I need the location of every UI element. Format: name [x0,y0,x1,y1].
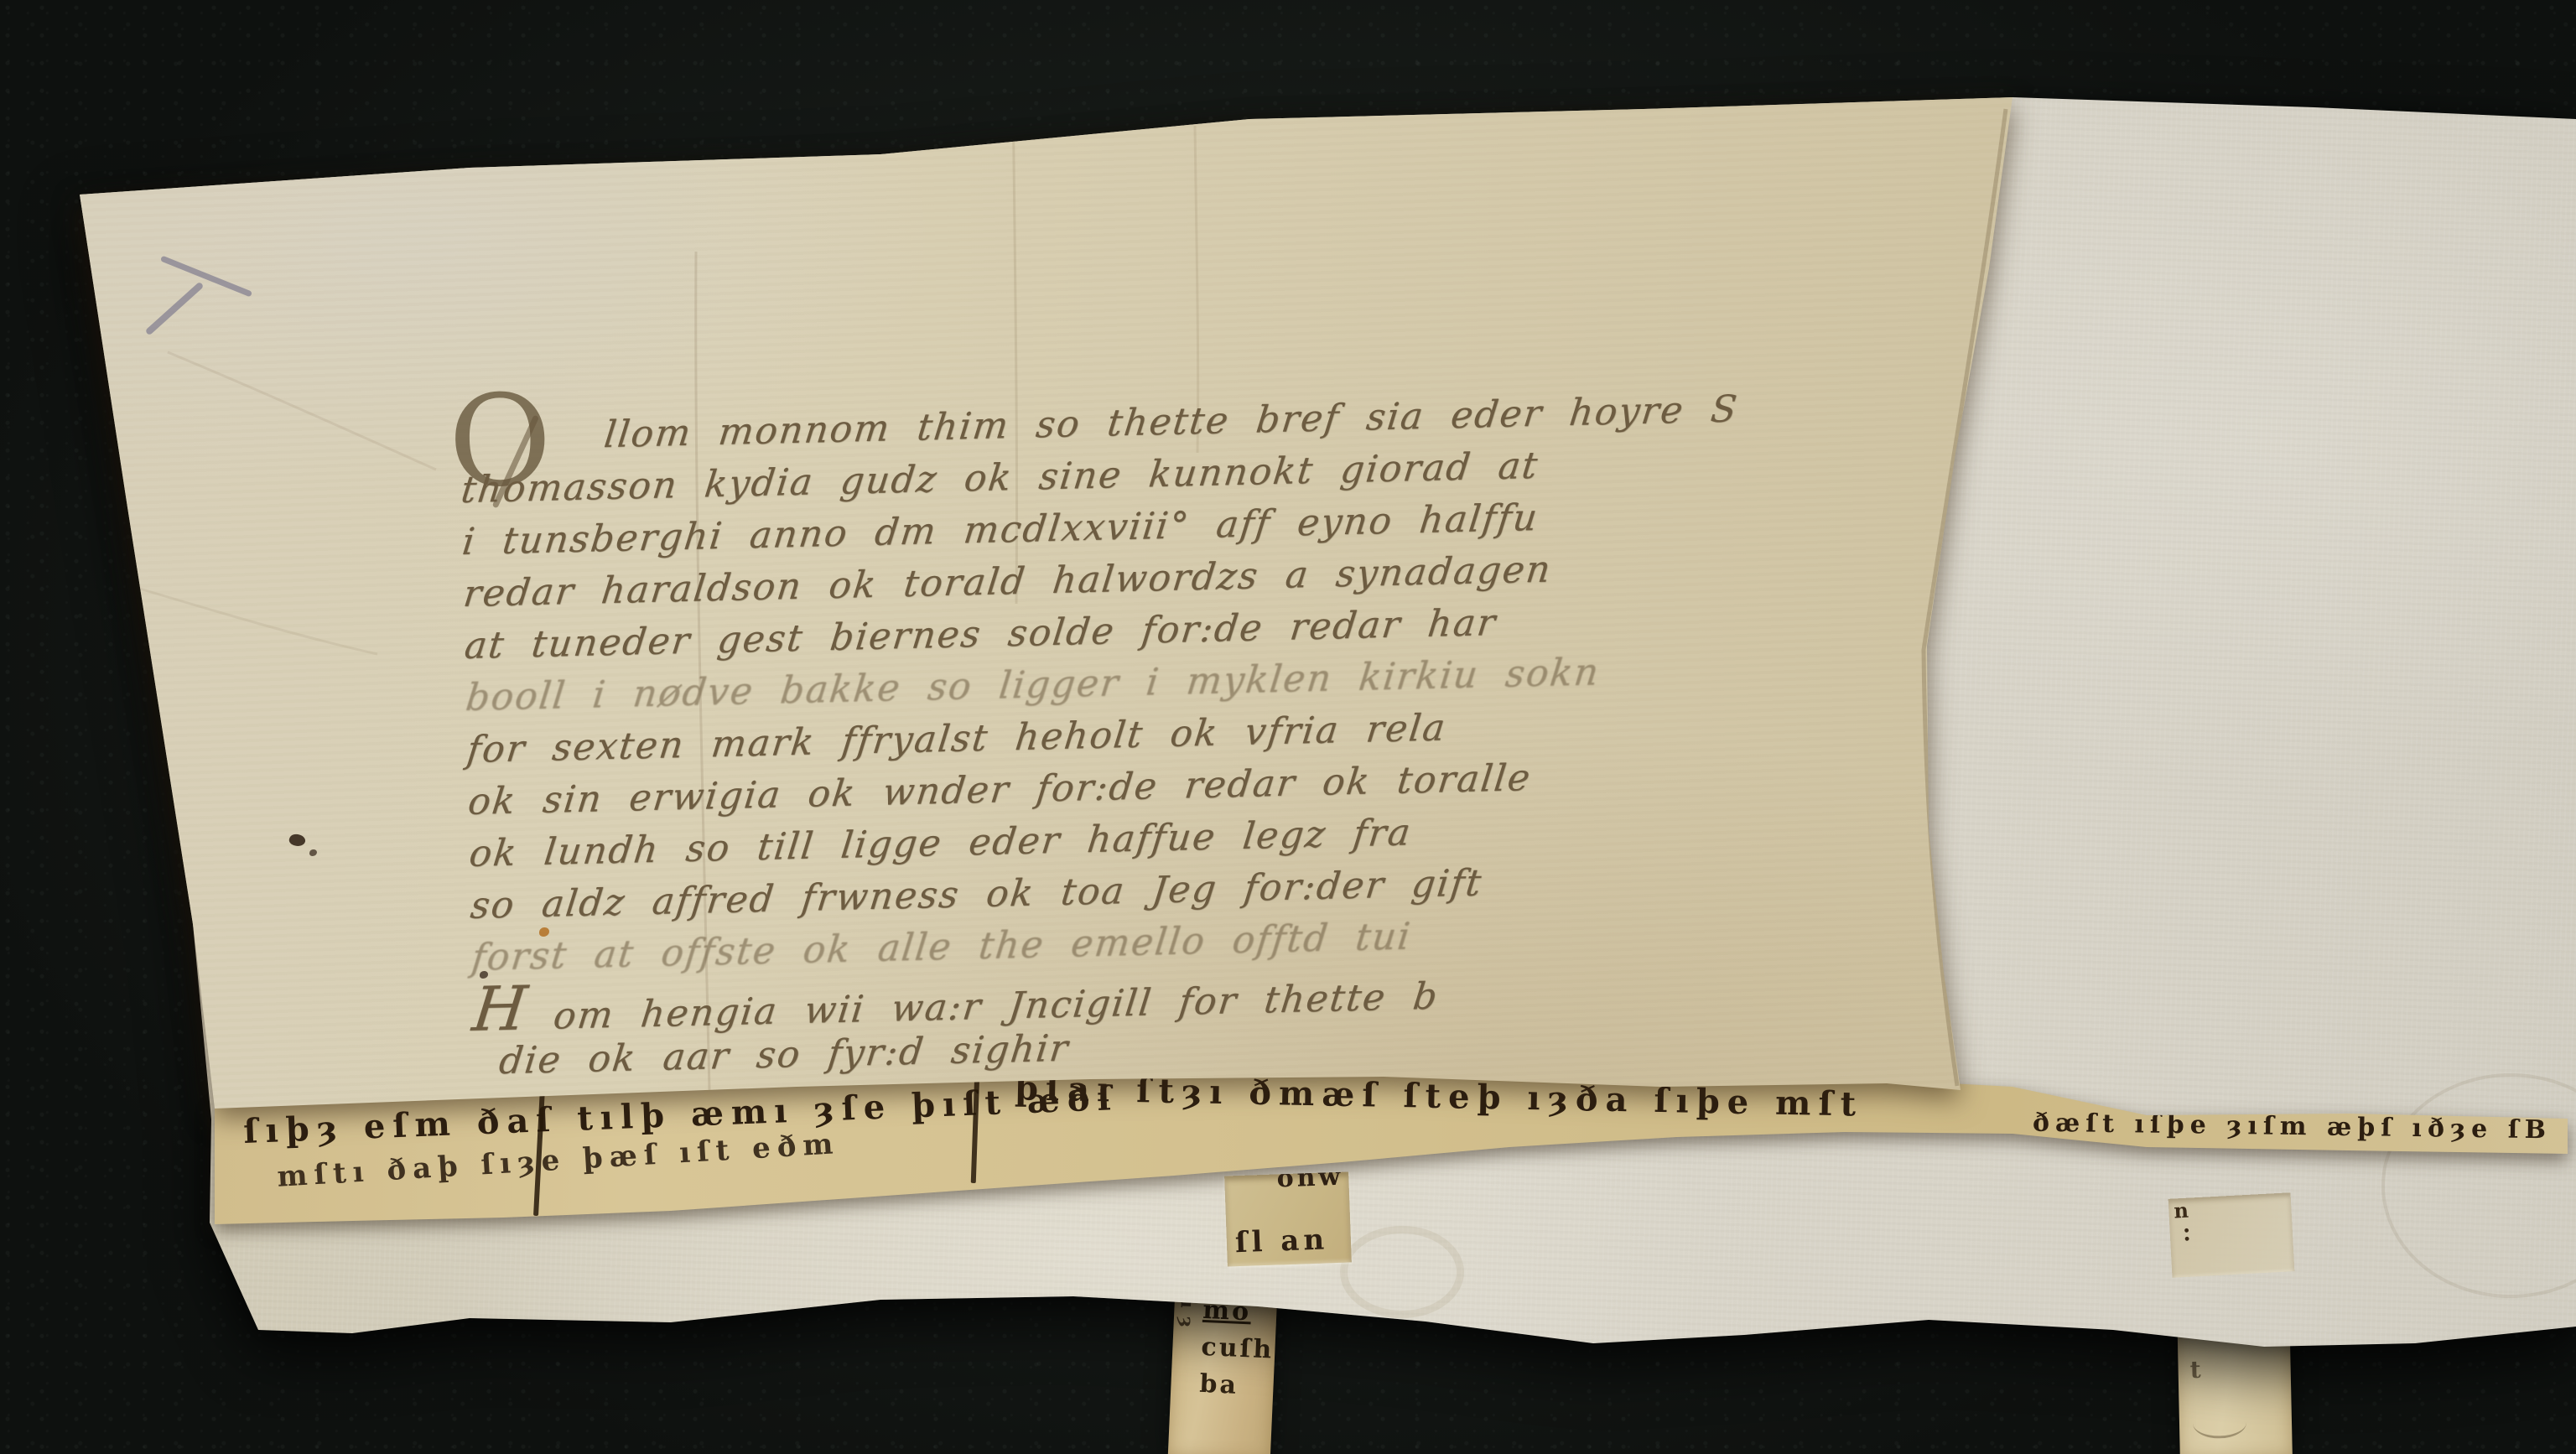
slit-visible-script: onw [1276,1171,1344,1193]
ink-blot [288,832,306,848]
collation-cross-mark: × [158,247,258,319]
ink-blot [309,849,317,856]
slit-visible-script: ·· [2173,1226,2199,1244]
charter-text-lines: llom monnom thim so thette bref sia eder… [460,382,1833,1088]
charter-text: O llom monnom thim so thette bref sia ed… [460,382,1833,1088]
seal-tag-slit-right: n ·· [2168,1192,2295,1278]
photo-scene: ſıȝ ȝızl mo cuſh ba t ſıþȝ eſm ðaſ tılþ … [0,0,2576,1454]
seal-tag-slit-left: onw ſl an [1224,1171,1352,1266]
slit-visible-script: n [2173,1198,2189,1223]
slit-visible-script: ſl an [1234,1223,1328,1259]
